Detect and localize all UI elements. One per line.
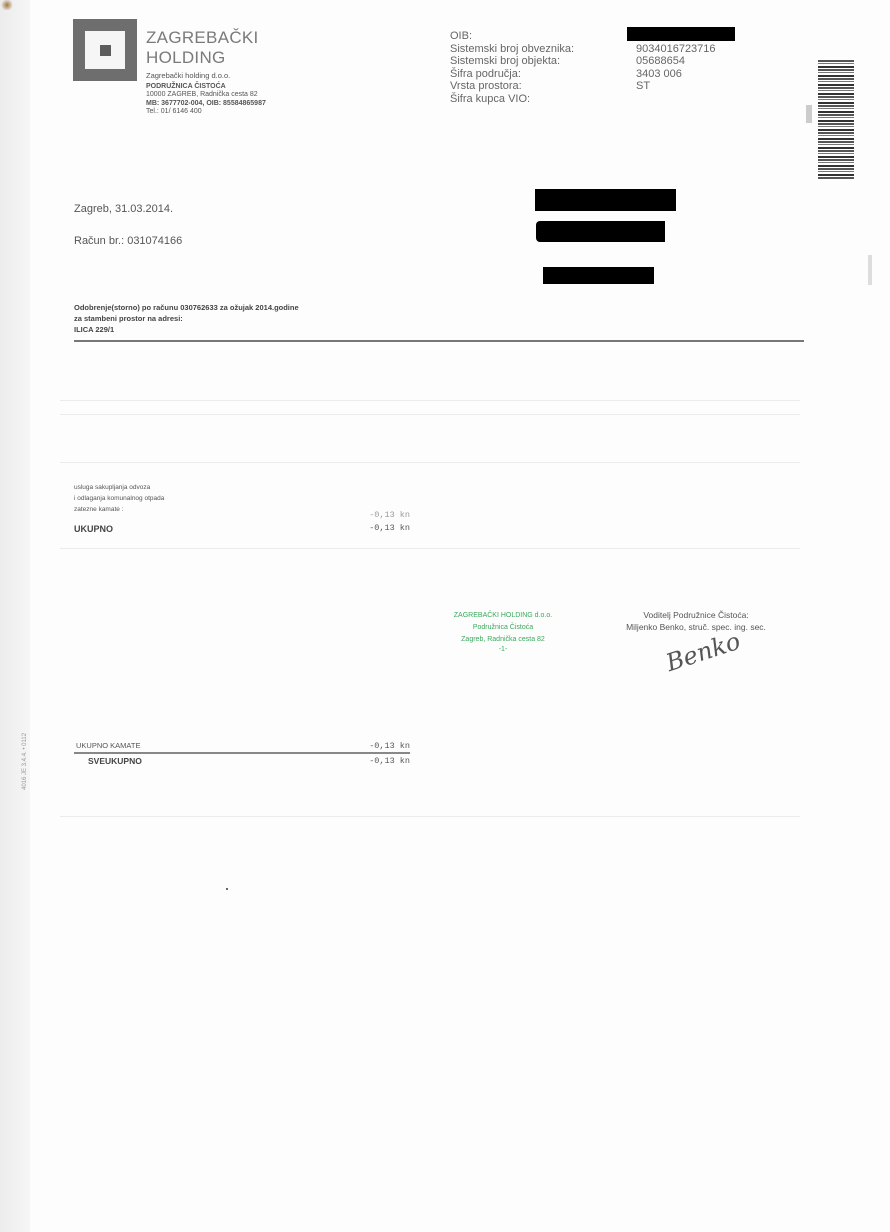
company-legal-name: Zagrebački holding d.o.o. <box>146 72 266 81</box>
redacted-recipient-city <box>543 267 654 284</box>
side-mark <box>868 255 872 285</box>
company-details: Zagrebački holding d.o.o. PODRUŽNICA ČIS… <box>146 72 266 117</box>
scan-dot <box>226 888 228 890</box>
line-items: usluga sakupljanja odvoza i odlaganja ko… <box>74 482 164 515</box>
interest-total-amount: -0,13 kn <box>330 741 410 751</box>
stamp-line2: Podružnica Čistoća <box>438 622 568 634</box>
total-amount: -0,13 kn <box>330 523 410 533</box>
label-kupac-vio: Šifra kupca VIO: <box>450 93 574 106</box>
service-line2: i odlaganja komunalnog otpada <box>74 493 164 504</box>
invoice-number: Račun br.: 031074166 <box>74 235 182 247</box>
value-podrucje: 3403 006 <box>636 68 716 81</box>
signer-block: Voditelj Podružnice Čistoća: Miljenko Be… <box>596 609 796 633</box>
label-objekt: Sistemski broj objekta: <box>450 55 574 68</box>
summary-divider <box>74 752 410 754</box>
grand-total-amount: -0,13 kn <box>330 756 410 766</box>
company-logo-icon <box>73 19 137 81</box>
company-name: ZAGREBAČKI HOLDING <box>146 28 259 68</box>
label-obveznik: Sistemski broj obveznika: <box>450 43 574 56</box>
value-obveznik: 9034016723716 <box>636 43 716 56</box>
grand-total-label: SVEUKUPNO <box>88 756 142 766</box>
faint-line <box>60 548 800 549</box>
property-address: ILICA 229/1 <box>74 324 299 335</box>
label-vrsta: Vrsta prostora: <box>450 80 574 93</box>
faint-line <box>60 414 800 415</box>
stamp-line3: Zagreb, Radnička cesta 82 <box>438 634 568 646</box>
barcode <box>818 60 854 180</box>
description-line1: Odobrenje(storno) po računu 030762633 za… <box>74 302 299 313</box>
faint-line <box>60 462 800 463</box>
info-labels: OIB: Sistemski broj obveznika: Sistemski… <box>450 30 574 105</box>
document-date: Zagreb, 31.03.2014. <box>74 203 173 215</box>
scan-edge <box>0 0 30 1232</box>
faint-line <box>60 816 800 817</box>
redacted-recipient-street <box>536 221 665 242</box>
interest-label: zatezne kamate : <box>74 504 164 515</box>
redacted-recipient-name <box>535 189 676 211</box>
value-vrsta: ST <box>636 80 716 93</box>
stamp-line1: ZAGREBAČKI HOLDING d.o.o. <box>438 610 568 622</box>
company-stamp: ZAGREBAČKI HOLDING d.o.o. Podružnica Čis… <box>438 610 568 654</box>
scan-stain <box>0 0 14 10</box>
company-phone: Tel.: 01/ 6146 400 <box>146 108 266 117</box>
faint-line <box>60 400 800 401</box>
company-address: 10000 ZAGREB, Radnička cesta 82 <box>146 91 266 100</box>
signer-title: Voditelj Podružnice Čistoća: <box>596 609 796 621</box>
stamp-line4: -1- <box>438 646 568 654</box>
value-oib <box>636 30 716 43</box>
company-ids: MB: 3677702-004, OIB: 85584865987 <box>146 100 266 109</box>
divider <box>74 340 804 342</box>
company-branch: PODRUŽNICA ČISTOĆA <box>146 83 266 92</box>
interest-amount: -0,13 kn <box>330 510 410 520</box>
label-podrucje: Šifra područja: <box>450 68 574 81</box>
signer-name: Miljenko Benko, struč. spec. ing. sec. <box>596 621 796 633</box>
invoice-description: Odobrenje(storno) po računu 030762633 za… <box>74 302 299 335</box>
value-objekt: 05688654 <box>636 55 716 68</box>
description-line2: za stambeni prostor na adresi: <box>74 313 299 324</box>
company-name-line2: HOLDING <box>146 48 259 68</box>
label-oib: OIB: <box>450 30 574 43</box>
service-line1: usluga sakupljanja odvoza <box>74 482 164 493</box>
interest-total-label: UKUPNO KAMATE <box>76 741 140 750</box>
company-name-line1: ZAGREBAČKI <box>146 28 259 48</box>
total-label: UKUPNO <box>74 524 113 534</box>
barcode-tag <box>806 105 812 123</box>
margin-code: 4016 JE 3.4.4. • 0112 <box>22 733 28 790</box>
info-values: 9034016723716 05688654 3403 006 ST <box>636 30 716 93</box>
